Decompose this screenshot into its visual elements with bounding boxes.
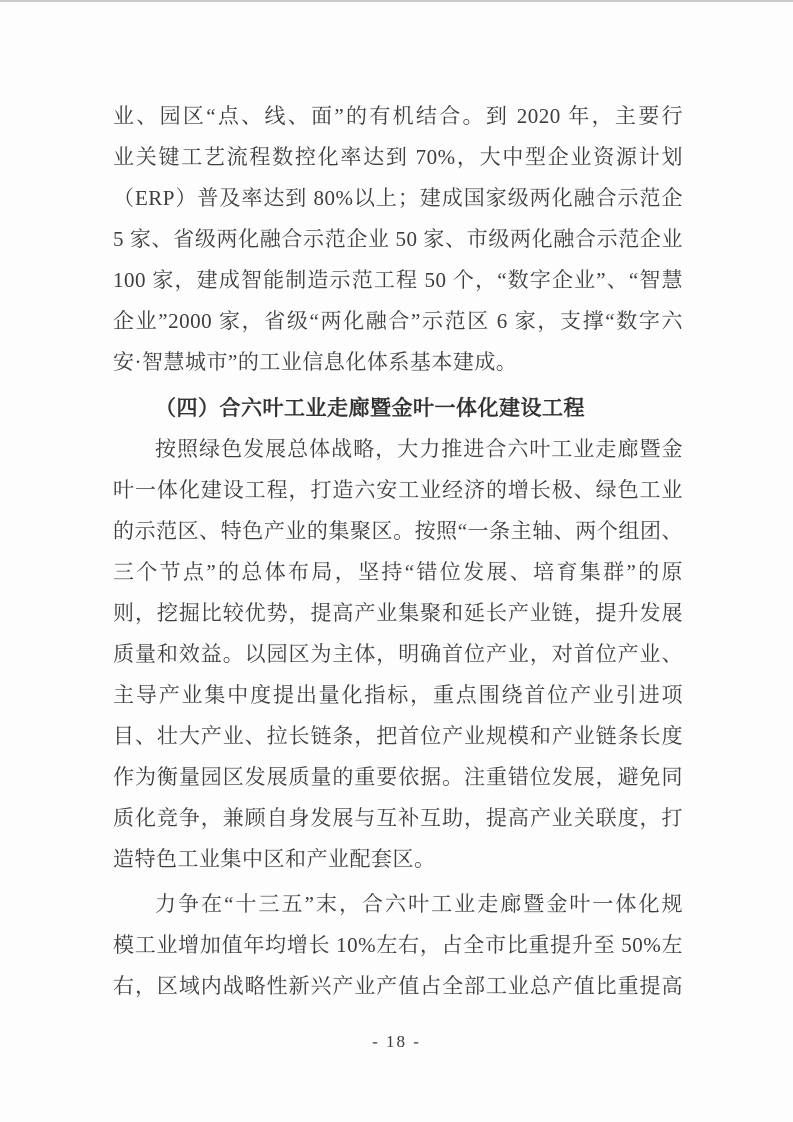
text-line: 力争在“十三五”末，合六叶工业走廊暨金叶一体化规 xyxy=(113,884,683,925)
document-body: 业、园区“点、线、面”的有机结合。到 2020 年，主要行业关键工艺流程数控化率… xyxy=(113,96,683,1007)
page-top-edge xyxy=(0,0,793,2)
text-line: 目、壮大产业、拉长链条，把首位产业规模和产业链条长度 xyxy=(113,716,683,757)
text-line: 按照绿色发展总体战略，大力推进合六叶工业走廊暨金 xyxy=(113,429,683,470)
section-heading: （四）合六叶工业走廊暨金叶一体化建设工程 xyxy=(113,388,683,429)
paragraph: 业、园区“点、线、面”的有机结合。到 2020 年，主要行业关键工艺流程数控化率… xyxy=(113,96,683,383)
text-line: 业关键工艺流程数控化率达到 70%，大中型企业资源计划 xyxy=(113,137,683,178)
page-number: - 18 - xyxy=(0,1030,793,1054)
text-line: （ERP）普及率达到 80%以上；建成国家级两化融合示范企业 xyxy=(113,178,683,219)
text-line: 造特色工业集中区和产业配套区。 xyxy=(113,839,683,880)
text-line: 安·智慧城市”的工业信息化体系基本建成。 xyxy=(113,342,683,383)
text-line: 的示范区、特色产业的集聚区。按照“一条主轴、两个组团、 xyxy=(113,511,683,552)
text-line: 作为衡量园区发展质量的重要依据。注重错位发展，避免同 xyxy=(113,757,683,798)
text-line: （四）合六叶工业走廊暨金叶一体化建设工程 xyxy=(113,388,683,429)
text-line: 100 家，建成智能制造示范工程 50 个，“数字企业”、“智慧 xyxy=(113,260,683,301)
text-line: 业、园区“点、线、面”的有机结合。到 2020 年，主要行 xyxy=(113,96,683,137)
paragraph: 按照绿色发展总体战略，大力推进合六叶工业走廊暨金叶一体化建设工程，打造六安工业经… xyxy=(113,429,683,880)
text-line: 质化竞争，兼顾自身发展与互补互助，提高产业关联度，打 xyxy=(113,798,683,839)
text-line: 三个节点”的总体布局，坚持“错位发展、培育集群”的原 xyxy=(113,552,683,593)
text-line: 叶一体化建设工程，打造六安工业经济的增长极、绿色工业 xyxy=(113,470,683,511)
text-line: 模工业增加值年均增长 10%左右，占全市比重提升至 50%左 xyxy=(113,925,683,966)
text-line: 5 家、省级两化融合示范企业 50 家、市级两化融合示范企业 xyxy=(113,219,683,260)
text-line: 质量和效益。以园区为主体，明确首位产业，对首位产业、 xyxy=(113,634,683,675)
text-line: 右，区域内战略性新兴产业产值占全部工业总产值比重提高 xyxy=(113,966,683,1007)
text-line: 主导产业集中度提出量化指标，重点围绕首位产业引进项 xyxy=(113,675,683,716)
text-line: 则，挖掘比较优势，提高产业集聚和延长产业链，提升发展 xyxy=(113,593,683,634)
text-line: 企业”2000 家，省级“两化融合”示范区 6 家，支撑“数字六 xyxy=(113,301,683,342)
paragraph: 力争在“十三五”末，合六叶工业走廊暨金叶一体化规模工业增加值年均增长 10%左右… xyxy=(113,884,683,1007)
